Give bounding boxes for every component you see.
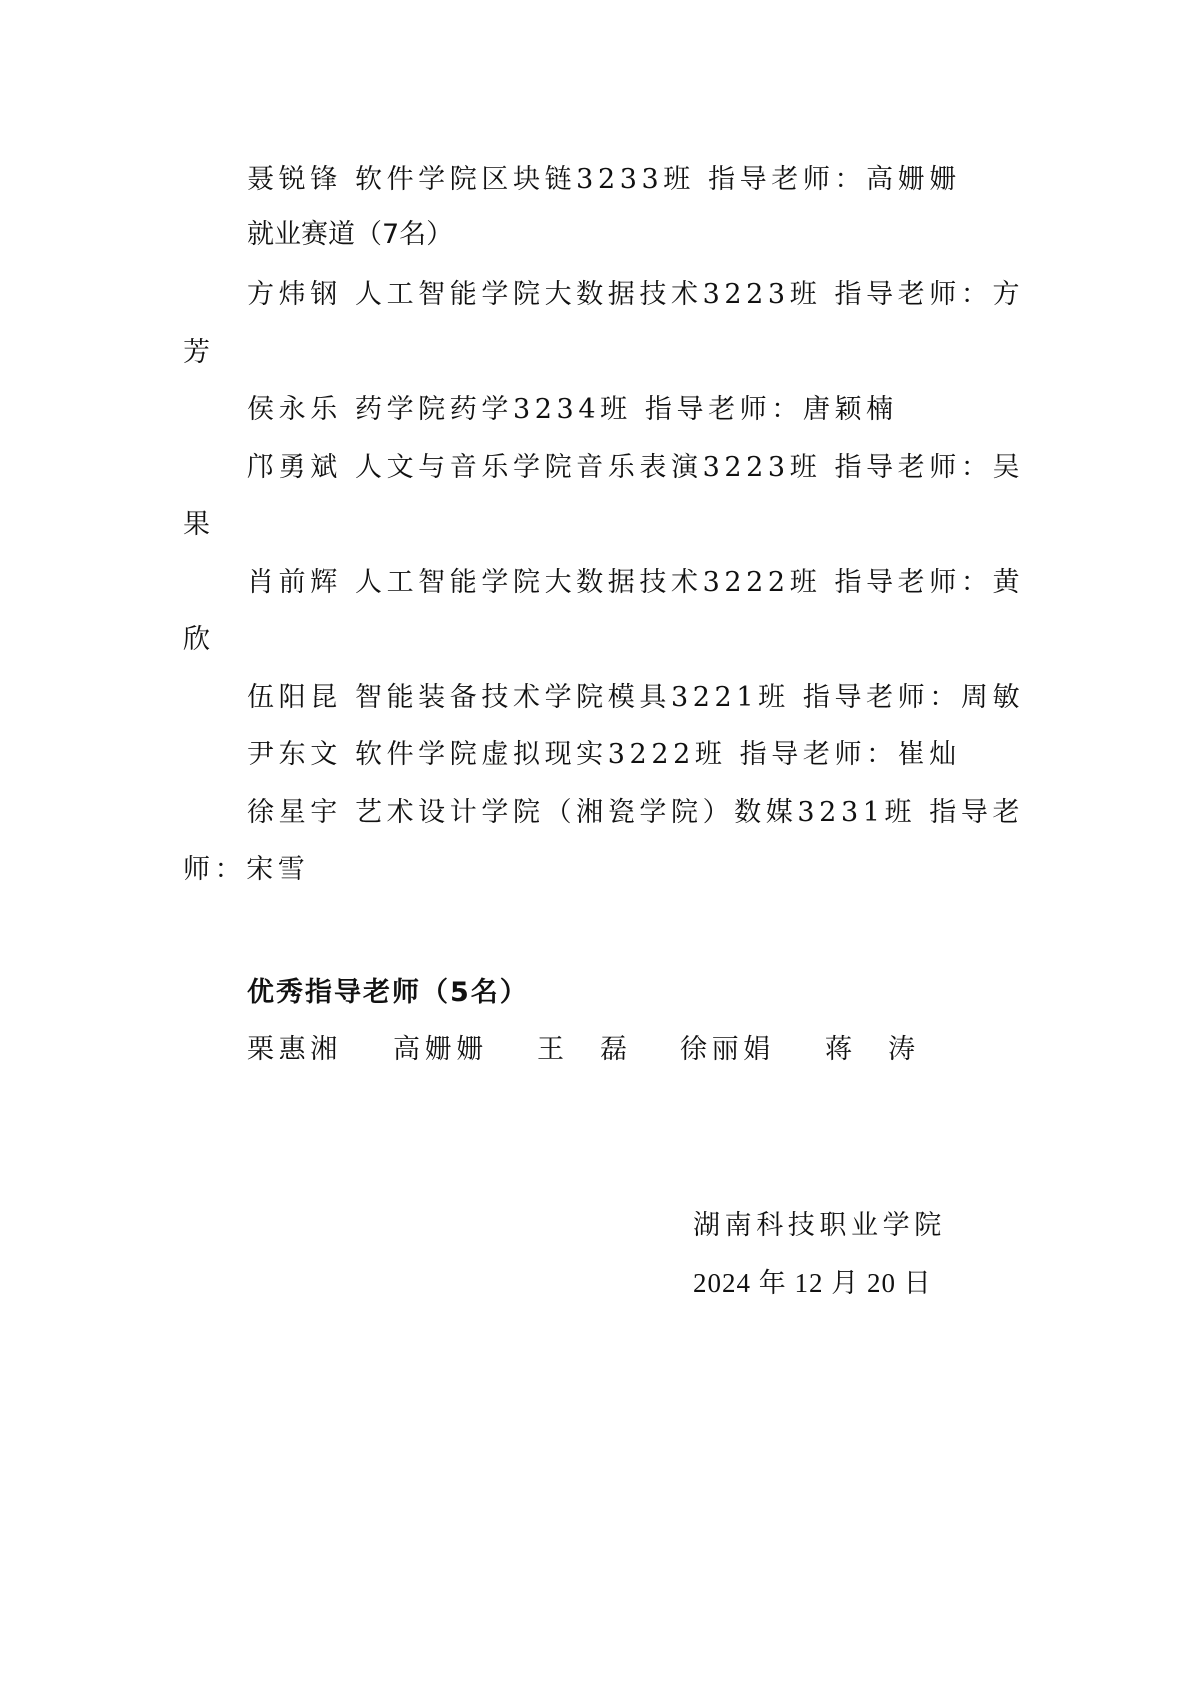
teacher-name: 高姗姗	[393, 1034, 488, 1066]
award-entry-line: 方炜钢 人工智能学院大数据技术3223班 指导老师：方	[247, 279, 1024, 311]
teacher-name: 徐丽娟	[680, 1034, 775, 1066]
teacher-name: 蒋	[825, 1034, 857, 1066]
signature-institution: 湖南科技职业学院	[693, 1210, 946, 1242]
award-entry-wrap: 果	[183, 509, 215, 541]
teacher-name: 磊	[600, 1034, 632, 1066]
award-entry-wrap: 芳	[183, 337, 215, 369]
signature-date: 2024 年 12 月 20 日	[693, 1267, 932, 1299]
award-entry-line: 邝勇斌 人文与音乐学院音乐表演3223班 指导老师：吴	[247, 452, 1024, 484]
award-entry-nie-ruifeng: 聂锐锋 软件学院区块链3233班 指导老师：高姗姗	[247, 164, 961, 196]
award-entry-line: 尹东文 软件学院虚拟现实3222班 指导老师：崔灿	[247, 739, 961, 771]
award-entry-wrap: 欣	[183, 624, 215, 656]
teacher-name: 王	[537, 1034, 569, 1066]
excellent-teachers-heading: 优秀指导老师（5名）	[247, 977, 529, 1009]
award-entry-line: 徐星宇 艺术设计学院（湘瓷学院）数媒3231班 指导老	[247, 797, 1024, 829]
award-entry-line: 肖前辉 人工智能学院大数据技术3222班 指导老师：黄	[247, 567, 1024, 599]
award-entry-line: 侯永乐 药学院药学3234班 指导老师：唐颖楠	[247, 394, 898, 426]
teacher-name: 涛	[888, 1034, 920, 1066]
award-entry-wrap: 师：宋雪	[183, 854, 309, 886]
employment-track-heading: 就业赛道（7名）	[247, 219, 453, 251]
teacher-name: 栗惠湘	[247, 1034, 342, 1066]
award-entry-line: 伍阳昆 智能装备技术学院模具3221班 指导老师：周敏	[247, 682, 1024, 714]
